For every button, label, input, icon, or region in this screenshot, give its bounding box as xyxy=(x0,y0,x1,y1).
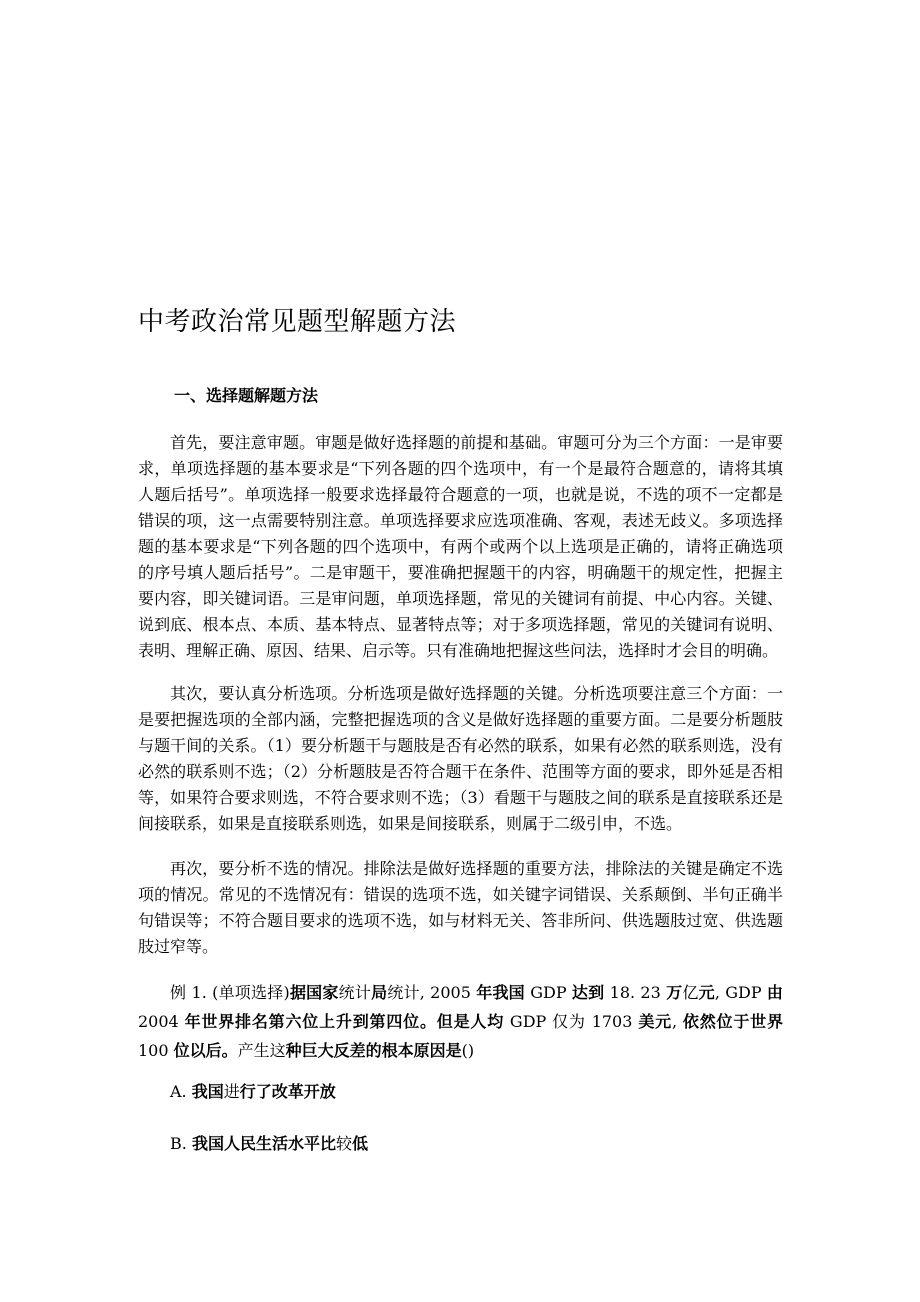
bold-text-segment: 行了改革开放 xyxy=(240,1082,336,1101)
example-1-question: 例 1. (单项选择)据国家统计局统计, 2005 年我国 GDP 达到 18.… xyxy=(138,978,783,1065)
bold-text-segment: 年我国 xyxy=(476,983,525,1002)
regular-text-segment: A. xyxy=(170,1082,192,1101)
regular-text-segment: 进 xyxy=(224,1082,240,1101)
option-a: A. 我国进行了改革开放 xyxy=(138,1079,783,1105)
regular-text-segment: 100 xyxy=(138,1041,174,1060)
regular-text-segment: 2004 xyxy=(138,1012,185,1031)
bold-text-segment: 达到 xyxy=(572,983,604,1002)
paragraph-exclusion-method: 再次，要分析不选的情况。排除法是做好选择题的重要方法，排除法的关键是确定不选项的… xyxy=(138,856,783,960)
bold-text-segment: 位以后。 xyxy=(174,1041,238,1060)
bold-text-segment: 我国人民生活水平比 xyxy=(192,1134,336,1153)
paragraph-examining-the-question: 首先，要注意审题。审题是做好选择题的前提和基础。审题可分为三个方面：一是审要求，… xyxy=(138,430,783,664)
option-b: B. 我国人民生活水平比较低 xyxy=(138,1131,783,1157)
bold-text-segment: 万 xyxy=(666,983,682,1002)
regular-text-segment: 较 xyxy=(336,1134,352,1153)
bold-text-segment: 元 xyxy=(699,983,715,1002)
section-heading-multiple-choice-methods: 一、选择题解题方法 xyxy=(138,383,783,409)
paragraph-analyzing-options: 其次，要认真分析选项。分析选项是做好选择题的关键。分析选项要注意三个方面：一是要… xyxy=(138,681,783,837)
regular-text-segment: 统计, 2005 xyxy=(387,983,476,1002)
bold-text-segment: 依然位于世界 xyxy=(683,1012,783,1031)
document-title: 中考政治常见题型解题方法 xyxy=(138,305,783,339)
bold-text-segment: 局 xyxy=(371,983,387,1002)
regular-text-segment: 统计 xyxy=(339,983,371,1002)
regular-text-segment: () xyxy=(462,1041,474,1060)
bold-text-segment: 据国家 xyxy=(290,983,339,1002)
regular-text-segment: , xyxy=(672,1012,683,1031)
regular-text-segment: B. xyxy=(170,1134,192,1153)
regular-text-segment: GDP 仅为 1703 xyxy=(504,1012,638,1031)
regular-text-segment: 产生这 xyxy=(238,1041,286,1060)
regular-text-segment: GDP xyxy=(525,983,572,1002)
bold-text-segment: 种巨大反差的根本原因是 xyxy=(286,1041,462,1060)
regular-text-segment: 亿 xyxy=(682,983,698,1002)
regular-text-segment: 例 1. (单项选择) xyxy=(170,983,290,1002)
regular-text-segment: , GDP xyxy=(715,983,767,1002)
bold-text-segment: 我国 xyxy=(192,1082,224,1101)
regular-text-segment: 18. 23 xyxy=(604,983,666,1002)
bold-text-segment: 低 xyxy=(352,1134,368,1153)
document-page: 中考政治常见题型解题方法 一、选择题解题方法 首先，要注意审题。审题是做好选择题… xyxy=(0,0,920,1302)
bold-text-segment: 美元 xyxy=(638,1012,672,1031)
bold-text-segment: 年世界排名第六位上升到第四位。但是人均 xyxy=(185,1012,504,1031)
bold-text-segment: 由 xyxy=(767,983,783,1002)
